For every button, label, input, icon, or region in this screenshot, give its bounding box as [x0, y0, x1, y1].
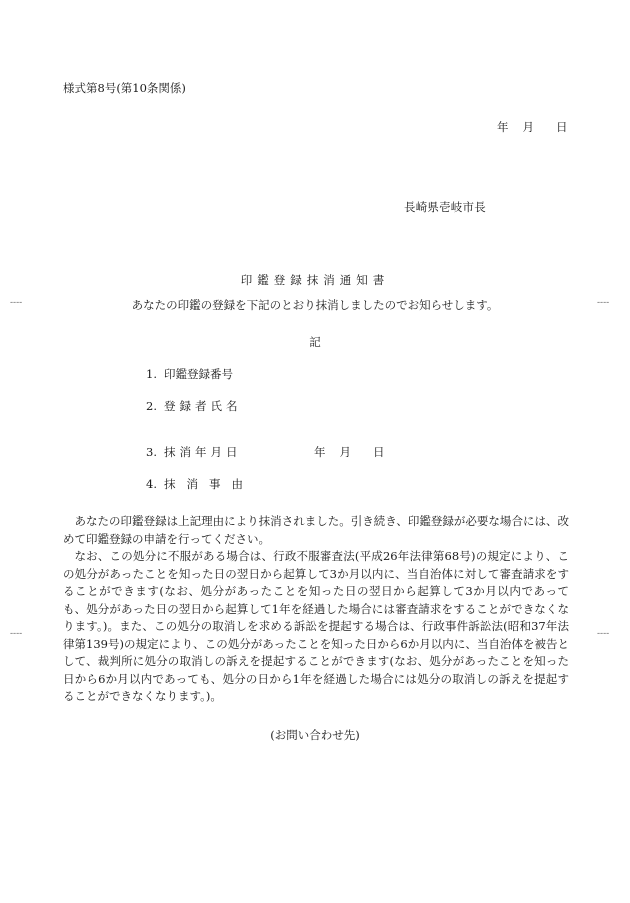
date-day: 日	[556, 119, 568, 135]
item-label: 抹消事由	[164, 477, 254, 491]
issue-date: 年月日	[497, 119, 568, 135]
item-number: 1.	[146, 367, 164, 381]
item-registrant-name: 2.登録者氏名	[146, 398, 242, 414]
item-registration-number: 1.印鑑登録番号	[146, 366, 233, 382]
fold-mark-right-top: ----	[597, 298, 609, 308]
item-cancellation-reason: 4.抹消事由	[146, 476, 254, 492]
item-label: 登録者氏名	[164, 399, 242, 413]
item-label: 抹消年月日	[164, 445, 242, 459]
date-day: 日	[373, 445, 385, 459]
cancellation-date-value: 年月日	[314, 444, 385, 460]
fold-mark-left-mid: ----	[10, 629, 22, 639]
issuer-name: 長崎県壱岐市長	[404, 199, 486, 215]
date-month: 月	[340, 445, 352, 459]
intro-text: あなたの印鑑の登録を下記のとおり抹消しましたのでお知らせします。	[0, 297, 630, 313]
contact-heading: (お問い合わせ先)	[0, 727, 630, 743]
item-label: 印鑑登録番号	[164, 367, 233, 381]
document-title: 印鑑登録抹消通知書	[0, 272, 630, 288]
body-text: あなたの印鑑登録は上記理由により抹消されました。引き続き、印鑑登録が必要な場合に…	[63, 513, 569, 706]
date-month: 月	[523, 119, 535, 135]
form-number: 様式第8号(第10条関係)	[63, 80, 186, 96]
date-year: 年	[314, 445, 326, 459]
ki-heading: 記	[0, 334, 630, 350]
item-cancellation-date: 3.抹消年月日	[146, 444, 242, 460]
item-number: 3.	[146, 445, 164, 459]
item-number: 4.	[146, 477, 164, 491]
date-year: 年	[497, 119, 509, 135]
paragraph-appeal-rights: なお、この処分に不服がある場合は、行政不服審査法(平成26年法律第68号)の規定…	[63, 548, 569, 706]
paragraph-reregistration: あなたの印鑑登録は上記理由により抹消されました。引き続き、印鑑登録が必要な場合に…	[63, 513, 569, 548]
fold-mark-right-mid: ----	[597, 629, 609, 639]
item-number: 2.	[146, 399, 164, 413]
